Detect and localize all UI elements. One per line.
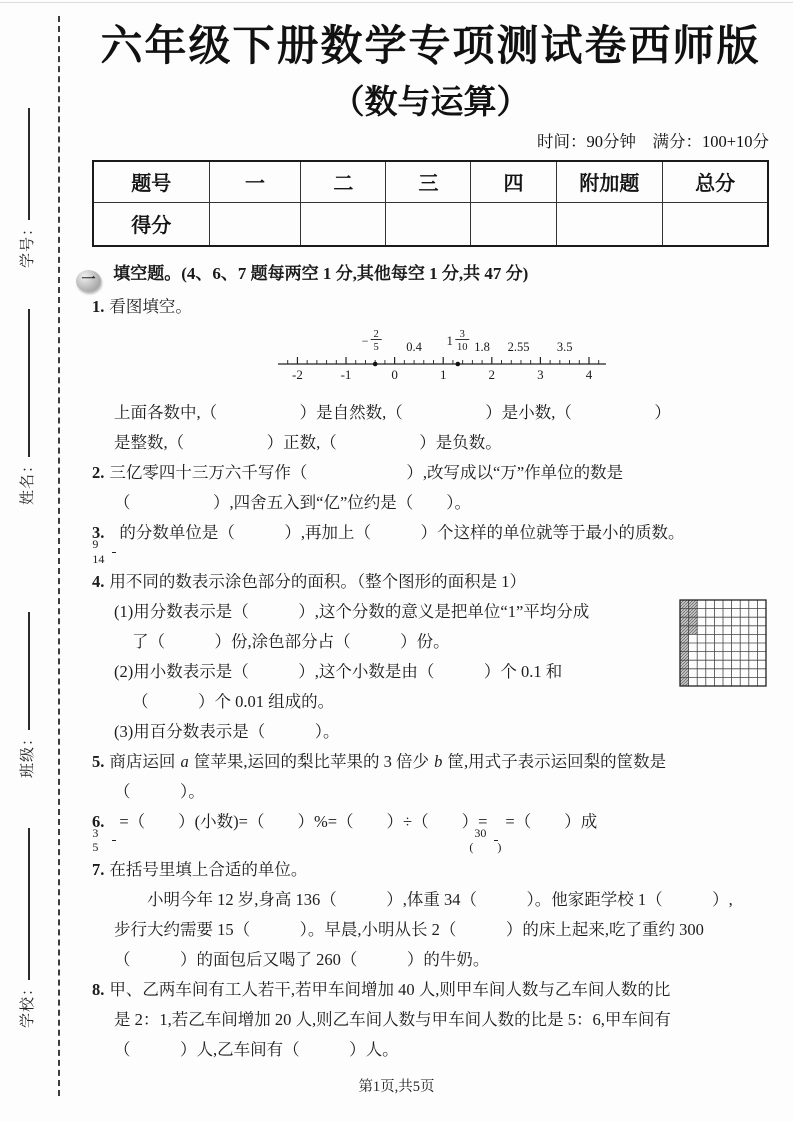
svg-text:1: 1 [440, 367, 447, 382]
class-blank-line [27, 612, 30, 730]
question-5: 5.商店运回 a 筐苹果,运回的梨比苹果的 3 倍少 b 筐,用式子表示运回梨的… [92, 747, 769, 807]
svg-text:0: 0 [391, 367, 398, 382]
score-table-header-row: 题号 一 二 三 四 附加题 总分 [93, 161, 768, 202]
score-cell [301, 202, 386, 246]
svg-text:2.55: 2.55 [508, 340, 530, 354]
question-7-line1: 小明今年 12 岁,身高 136（ ）,体重 34（ ）。他家距学校 1（ ）, [114, 885, 769, 915]
score-cell [663, 202, 768, 246]
score-cell [209, 202, 301, 246]
class-field: 班级： [16, 612, 37, 778]
question-1-number: 1. [92, 297, 104, 316]
question-5-line2: （ ）。 [114, 777, 769, 807]
question-1-line1: 上面各数中,（ ）是自然数,（ ）是小数,（ ） [114, 398, 769, 428]
question-3: 3.914的分数单位是（ ）,再加上（ ）个这样的单位就等于最小的质数。 [92, 518, 769, 567]
question-8-line3: （ ）人,乙车间有（ ）人。 [114, 1035, 769, 1065]
fraction-3-5: 35 [112, 827, 116, 856]
question-7-line2: 步行大约需要 15（ ）。早晨,小明从长 2（ ）的床上起来,吃了重约 300 [114, 915, 769, 945]
svg-text:10: 10 [457, 342, 468, 353]
question-7-number: 7. [92, 860, 104, 879]
student-id-blank-line [27, 108, 30, 220]
svg-text:5: 5 [374, 342, 379, 353]
svg-text:2: 2 [374, 329, 379, 340]
svg-text:2: 2 [489, 367, 496, 382]
fraction-30-blank: 30( ) [490, 827, 502, 856]
school-field: 学校： [16, 828, 37, 1028]
question-7-line3: （ ）的面包后又喝了 260（ ）的牛奶。 [114, 945, 769, 975]
score-header-three: 三 [386, 161, 471, 202]
svg-text:−: − [362, 334, 369, 348]
svg-text:-2: -2 [292, 367, 303, 382]
page-title: 六年级下册数学专项测试卷西师版 [92, 20, 769, 74]
question-4-item1-line2: 了（ ）份,涂色部分占（ ）份。 [114, 627, 769, 657]
question-6-tail: =（ ）成 [505, 812, 597, 831]
question-2-line1: 三亿零四十三万六千写作（ ）,改写成以“万”作单位的数是 [109, 463, 623, 482]
page-subtitle: （数与运算） [92, 82, 769, 124]
student-name-blank-line [27, 309, 30, 457]
question-1: 1.看图填空。 -2-1012340.41.82.553.5−251310 上面… [92, 292, 769, 458]
svg-text:3: 3 [460, 329, 465, 340]
section-one-header: 一 填空题。(4、6、7 题每两空 1 分,其他每空 1 分,共 47 分) [76, 259, 769, 292]
score-header-total: 总分 [663, 161, 768, 202]
question-7: 7.在括号里填上合适的单位。 小明今年 12 岁,身高 136（ ）,体重 34… [92, 855, 769, 975]
question-8-number: 8. [92, 980, 104, 999]
question-5-text: 筐,用式子表示运回梨的筐数是 [443, 752, 666, 771]
number-line-figure: -2-1012340.41.82.553.5−251310 [272, 324, 769, 398]
variable-a: a [180, 752, 190, 771]
fraction-grid [679, 599, 767, 687]
svg-text:3.5: 3.5 [557, 340, 573, 354]
variable-b: b [433, 752, 443, 771]
score-table: 题号 一 二 三 四 附加题 总分 得分 [92, 160, 769, 247]
score-cell [471, 202, 556, 246]
svg-text:-1: -1 [341, 367, 352, 382]
score-header-question-no: 题号 [93, 161, 209, 202]
question-1-line2: 是整数,（ ）正数,（ ）是负数。 [114, 428, 769, 458]
question-6-equalities: =（ ）(小数)=（ ）%=（ ）÷（ ）= [119, 812, 487, 831]
question-5-text: 商店运回 [109, 752, 179, 771]
fraction-grid-figure [679, 599, 767, 697]
score-header-four: 四 [471, 161, 556, 202]
student-name-field: 姓名： [16, 309, 37, 505]
question-4: 4.用不同的数表示涂色部分的面积。（整个图形的面积是 1） (1)用分数表示是（… [92, 567, 769, 747]
question-1-text: 看图填空。 [109, 297, 192, 316]
fraction-9-14: 914 [112, 538, 116, 567]
question-3-text: 的分数单位是（ ）,再加上（ ）个这样的单位就等于最小的质数。 [119, 523, 684, 542]
student-name-label: 姓名： [20, 457, 36, 505]
score-row-label: 得分 [93, 202, 209, 246]
score-cell [556, 202, 663, 246]
section-one-title: 填空题。(4、6、7 题每两空 1 分,其他每空 1 分,共 47 分) [113, 264, 528, 283]
question-5-text: 筐苹果,运回的梨比苹果的 3 倍少 [190, 752, 433, 771]
question-4-item1-line1: (1)用分数表示是（ ）,这个分数的意义是把单位“1”平均分成 [114, 597, 769, 627]
question-4-item3: (3)用百分数表示是（ ）。 [114, 717, 769, 747]
class-label: 班级： [20, 730, 36, 778]
svg-text:3: 3 [537, 367, 544, 382]
scan-edge-line [0, 2, 793, 3]
svg-text:0.4: 0.4 [406, 340, 422, 354]
school-label: 学校： [20, 980, 36, 1028]
score-header-one: 一 [209, 161, 301, 202]
score-table-score-row: 得分 [93, 202, 768, 246]
score-header-two: 二 [301, 161, 386, 202]
page-number-footer: 第1页,共5页 [0, 1075, 793, 1096]
paper-body: 六年级下册数学专项测试卷西师版 （数与运算） 时间：90分钟 满分：100+10… [92, 20, 769, 1065]
question-8: 8.甲、乙两车间有工人若干,若甲车间增加 40 人,则甲车间人数与乙车间人数的比… [92, 975, 769, 1065]
question-4-number: 4. [92, 572, 104, 591]
time-score-meta: 时间：90分钟 满分：100+10分 [92, 130, 769, 154]
question-7-intro: 在括号里填上合适的单位。 [109, 860, 307, 879]
student-id-label: 学号： [20, 220, 36, 268]
number-line: -2-1012340.41.82.553.5−251310 [272, 324, 612, 388]
question-4-item2-line2: （ ）个 0.01 组成的。 [114, 687, 769, 717]
svg-text:4: 4 [586, 367, 593, 382]
score-header-bonus: 附加题 [556, 161, 663, 202]
score-cell [386, 202, 471, 246]
svg-text:1.8: 1.8 [474, 340, 490, 354]
question-4-intro: 用不同的数表示涂色部分的面积。（整个图形的面积是 1） [109, 572, 526, 591]
question-4-item2-line1: (2)用小数表示是（ ）,这个小数是由（ ）个 0.1 和 [114, 657, 769, 687]
question-5-number: 5. [92, 752, 104, 771]
question-2-number: 2. [92, 463, 104, 482]
question-8-line2: 是 2：1,若乙车间增加 20 人,则乙车间人数与甲车间人数的比是 5：6,甲车… [114, 1005, 769, 1035]
fold-cut-dashed-line [58, 16, 60, 1096]
question-2: 2.三亿零四十三万六千写作（ ）,改写成以“万”作单位的数是 （ ）,四舍五入到… [92, 458, 769, 518]
school-blank-line [27, 828, 30, 980]
question-6: 6.35=（ ）(小数)=（ ）%=（ ）÷（ ）=30( )=（ ）成 [92, 807, 769, 856]
section-one-badge-icon: 一 [76, 270, 101, 292]
question-2-line2: （ ）,四舍五入到“亿”位约是（ ）。 [114, 488, 769, 518]
svg-text:1: 1 [447, 334, 453, 348]
student-id-field: 学号： [16, 108, 37, 268]
question-8-line1: 甲、乙两车间有工人若干,若甲车间增加 40 人,则甲车间人数与乙车间人数的比 [109, 980, 670, 999]
